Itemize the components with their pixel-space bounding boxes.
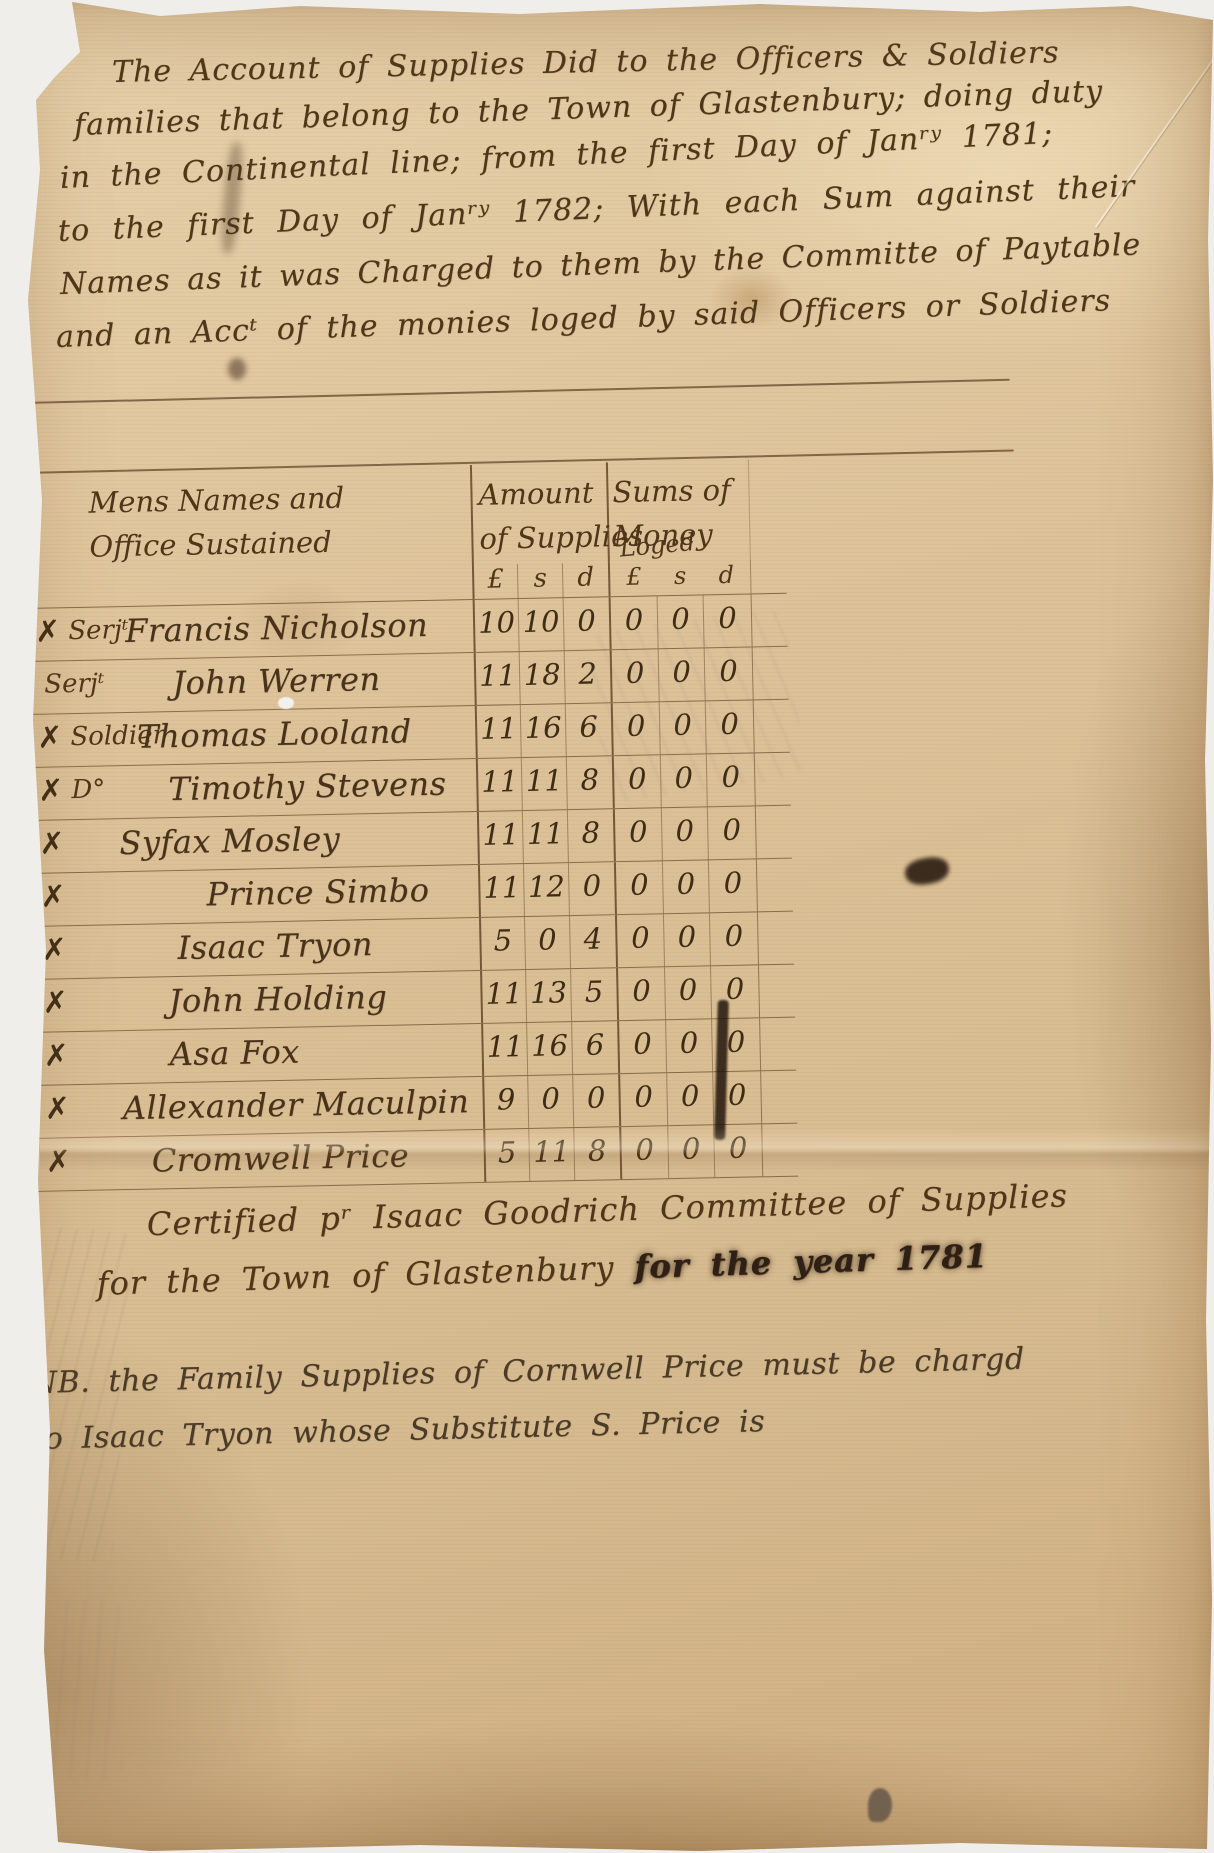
supplies-pounds-value: 5 (483, 1129, 529, 1182)
loged-pounds-value: 0 (610, 649, 659, 702)
supplies-shillings-value: 16 (526, 1022, 572, 1075)
row-mark-cell: ✗ Serjᵗ (27, 607, 114, 661)
loged-pence-value: 0 (712, 1071, 761, 1124)
supplies-pence-value: 0 (563, 597, 610, 650)
supplies-pounds-value: 11 (474, 652, 520, 705)
supplies-pence-value: 8 (567, 809, 614, 862)
soldier-name: Syfax Mosley (117, 812, 478, 871)
loged-pounds-value: 0 (609, 596, 658, 649)
nb-note-paragraph: NB. the Family Supplies of Cornwell Pric… (30, 1330, 1092, 1468)
row-tail (758, 965, 785, 1018)
row-tail (761, 1124, 788, 1177)
supplies-shillings-value: 11 (522, 810, 568, 863)
names-column-header: Mens Names and Office Sustained (24, 465, 472, 574)
supplies-shillings-value: 12 (523, 863, 569, 916)
supplies-header-line1: Amount (478, 470, 607, 517)
names-header-line2: Office Sustained (89, 517, 472, 569)
supplies-shillings-unit: s (517, 563, 563, 598)
soldier-name: Timothy Stevens (116, 759, 477, 818)
supplies-shillings-value: 13 (525, 969, 571, 1022)
supplies-pounds-value: 10 (473, 599, 519, 652)
loged-pounds-value: 0 (615, 914, 664, 967)
supplies-pounds-value: 11 (476, 758, 522, 811)
supplies-pounds-unit: £ (472, 564, 518, 599)
row-mark-cell: ✗ D° (30, 766, 117, 820)
soldier-name: Thomas Looland (115, 706, 476, 765)
check-mark: ✗ (40, 873, 66, 921)
check-mark: ✗ (45, 1138, 71, 1186)
soldier-name: John Holding (120, 971, 481, 1030)
row-mark-cell: ✗ (31, 819, 118, 873)
rank-label: D° (71, 766, 106, 813)
certification-smudged-text: for the year 1781 (634, 1237, 988, 1286)
title-paragraph: The Account of Supplies Did to the Offic… (52, 46, 1132, 364)
supplies-pounds-value: 9 (482, 1076, 528, 1129)
loged-shillings-value: 0 (666, 1072, 713, 1125)
loged-pence-value: 0 (706, 753, 755, 806)
check-mark: ✗ (35, 608, 61, 656)
loged-pounds-value: 0 (611, 702, 660, 755)
supplies-pence-value: 0 (572, 1074, 619, 1127)
soldier-name: Francis Nicholson (113, 600, 474, 659)
soldier-name: John Werren (114, 653, 475, 712)
loged-pounds-value: 0 (616, 967, 665, 1020)
loged-pounds-value: 0 (614, 861, 663, 914)
supplies-shillings-value: 11 (521, 757, 567, 810)
row-mark-cell: ✗ (35, 1031, 122, 1085)
loged-pence-value: 0 (704, 647, 753, 700)
names-header-line1: Mens Names and (88, 473, 471, 525)
money-units-cell: Loged £ s d (608, 559, 751, 596)
loged-shillings-value: 0 (664, 966, 711, 1019)
soldier-name: Isaac Tryon (119, 918, 480, 977)
loged-pence-value: 0 (710, 965, 759, 1018)
supplies-header-line2: of Supplies (479, 514, 608, 561)
row-mark-cell: ✗ Soldier (29, 713, 116, 767)
row-mark-cell: ✗ (34, 978, 121, 1032)
money-units: £ s d (610, 559, 751, 592)
money-pounds-unit: £ (626, 562, 642, 592)
supplies-pence-value: 5 (570, 968, 617, 1021)
supplies-pence-value: 2 (564, 650, 611, 703)
soldier-name: Cromwell Price (123, 1130, 484, 1189)
money-shillings-unit: s (674, 561, 687, 591)
row-tail (760, 1071, 787, 1124)
row-mark-cell: ✗ (37, 1137, 124, 1191)
loged-pence-value: 0 (711, 1018, 760, 1071)
supplies-pence-unit: d (562, 562, 609, 597)
soldier-name: Allexander Maculpin (122, 1077, 483, 1136)
row-tail (756, 859, 783, 912)
supplies-column-header: Amount of Supplies (470, 462, 608, 565)
check-mark: ✗ (43, 1032, 69, 1080)
supplies-shillings-value: 16 (520, 704, 566, 757)
row-mark-cell: ✗ (32, 872, 119, 926)
supplies-pence-value: 0 (568, 862, 615, 915)
supplies-shillings-value: 11 (528, 1128, 574, 1181)
loged-pence-value: 0 (708, 859, 757, 912)
supplies-shillings-value: 0 (524, 916, 570, 969)
row-tail (759, 1018, 786, 1071)
money-pence-unit: d (718, 560, 734, 590)
row-tail (757, 912, 784, 965)
loged-pence-value: 0 (703, 594, 752, 647)
loged-shillings-value: 0 (663, 913, 710, 966)
loged-shillings-value: 0 (658, 648, 705, 701)
loged-pence-value: 0 (707, 806, 756, 859)
table-header-tail (748, 459, 776, 560)
supplies-pounds-value: 11 (478, 864, 524, 917)
supplies-pounds-value: 11 (475, 705, 521, 758)
row-tail (753, 700, 780, 753)
supplies-pounds-value: 11 (481, 1023, 527, 1076)
loged-shillings-value: 0 (661, 807, 708, 860)
certification-line2-start: for the Town of Glastenbury (96, 1248, 635, 1303)
check-mark: ✗ (39, 820, 65, 868)
supplies-pence-value: 4 (569, 915, 616, 968)
row-tail (752, 647, 779, 700)
supplies-shillings-value: 0 (527, 1075, 573, 1128)
rank-label: Serjᵗ (44, 660, 105, 707)
check-mark: ✗ (38, 767, 64, 815)
soldier-name: Asa Fox (121, 1024, 482, 1083)
loged-pounds-value: 0 (617, 1020, 666, 1073)
money-header-line1: Sums of (612, 467, 749, 514)
supplies-pence-value: 8 (573, 1127, 620, 1180)
loged-pounds-value: 0 (618, 1073, 667, 1126)
check-mark: ✗ (42, 979, 68, 1027)
row-mark-cell: ✗ (36, 1084, 123, 1138)
soldier-name: Prince Simbo (118, 865, 479, 924)
supplies-pounds-value: 11 (477, 811, 523, 864)
loged-shillings-value: 0 (660, 754, 707, 807)
loged-shillings-value: 0 (659, 701, 706, 754)
supplies-table: Mens Names and Office Sustained Amount o… (24, 459, 798, 1192)
loged-pence-value: 0 (705, 700, 754, 753)
supplies-pence-value: 6 (565, 703, 612, 756)
loged-shillings-value: 0 (657, 595, 704, 648)
loged-pounds-value: 0 (613, 808, 662, 861)
loged-shillings-value: 0 (665, 1019, 712, 1072)
loged-shillings-value: 0 (662, 860, 709, 913)
row-tail (754, 753, 781, 806)
supplies-pence-value: 8 (566, 756, 613, 809)
loged-shillings-value: 0 (667, 1125, 714, 1178)
check-mark: ✗ (44, 1085, 70, 1133)
loged-pounds-value: 0 (612, 755, 661, 808)
ruled-line-top (24, 379, 1010, 404)
scanned-manuscript-page: { "colors": { "paper": "#dcc198", "paper… (0, 0, 1214, 1853)
ink-smudge (903, 854, 951, 887)
supplies-shillings-value: 18 (519, 651, 565, 704)
check-mark: ✗ (41, 926, 67, 974)
supplies-shillings-value: 10 (518, 598, 564, 651)
check-mark: ✗ (37, 714, 63, 762)
loged-pence-value: 0 (713, 1124, 762, 1177)
ink-blob (868, 1788, 892, 1822)
row-mark-cell: Serjᵗ (28, 660, 115, 714)
supplies-pence-value: 6 (571, 1021, 618, 1074)
table-units-tail (750, 559, 777, 594)
certification-paragraph: Certified pʳ Isaac Goodrich Committee of… (122, 1165, 1105, 1312)
supplies-pounds-value: 5 (479, 917, 525, 970)
loged-pounds-value: 0 (619, 1126, 668, 1179)
row-tail (755, 806, 782, 859)
table-rows: ✗ Serjᵗ Francis Nicholson 10 10 0 0 0 0 (27, 594, 799, 1192)
row-tail (751, 594, 778, 647)
supplies-pounds-value: 11 (480, 970, 526, 1023)
loged-pence-value: 0 (709, 912, 758, 965)
row-mark-cell: ✗ (33, 925, 120, 979)
paper-sheet: The Account of Supplies Did to the Offic… (0, 0, 1214, 1853)
bleed-through-marks (52, 1600, 122, 1780)
